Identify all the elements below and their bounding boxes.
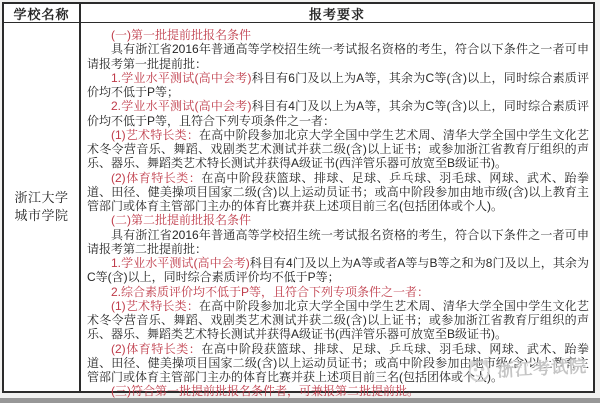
requirement-highlight-text: 1.学业水平测试(高中会考) [111,256,250,270]
column-header-school-name: 学校名称 [4,4,81,22]
requirement-paragraph: (2)体育特长类：在高中阶段获篮球、排球、足球、乒乓球、羽毛球、网球、武术、跆拳… [87,342,589,385]
page: 学校名称 报考要求 浙江大学城市学院 (一)第一批提前批报名条件具有浙江省201… [0,0,600,403]
requirement-paragraph: (1)艺术特长类：在高中阶段参加北京大学全国中学生艺术周、清华大学全国中学生文化… [87,299,589,342]
requirement-paragraph: (2)体育特长类：在高中阶段获篮球、排球、足球、乒乓球、羽毛球、网球、武术、跆拳… [87,171,589,214]
requirement-paragraph: (三)符合第一批提前批报名条件者，可兼报第二批提前批。 [87,384,589,398]
requirement-paragraph: 2.综合素质评价均不低于P等，且符合下列专项条件之一者： [87,285,589,299]
table-body-row: 浙江大学城市学院 (一)第一批提前批报名条件具有浙江省2016年普通高等学校招生… [4,23,593,391]
requirement-highlight-text: 2.学业水平测试(高中会考) [111,99,251,113]
requirement-paragraph: 2.学业水平测试(高中会考)科目有4门及以上为A等，其余为C等(含)以上，同时综… [87,99,589,128]
requirement-paragraph: (二)第二批提前批报名条件 [87,213,589,227]
requirement-body-text: 具有浙江省2016年普通高等学校招生统一考试报名资格的考生，符合以下条件之一者可… [87,228,589,256]
requirement-paragraph: 具有浙江省2016年普通高等学校招生统一考试报名资格的考生，符合以下条件之一者可… [87,228,589,257]
column-header-requirements: 报考要求 [81,4,593,22]
requirement-paragraph: 1.学业水平测试(高中会考)科目有6门及以上为A等，其余为C等(含)以上，同时综… [87,71,589,100]
requirement-paragraph: 1.学业水平测试(高中会考)科目有4门及以上为A等或者A等与B等之和为8门及以上… [87,256,589,285]
page-bottom-edge [0,398,600,403]
requirement-body-text: 具有浙江省2016年普通高等学校招生统一考试报名资格的考生，符合以下条件之一者可… [87,42,589,70]
requirement-highlight-text: (一)第一批提前批报名条件 [111,28,251,42]
requirement-highlight-text: (二)第二批提前批报名条件 [111,213,251,227]
requirement-highlight-text: (2)体育特长类： [111,171,201,185]
requirement-highlight-text: (2)体育特长类： [111,342,201,356]
requirements-cell: (一)第一批提前批报名条件具有浙江省2016年普通高等学校招生统一考试报名资格的… [81,23,593,391]
requirement-highlight-text: 1.学业水平测试(高中会考) [111,71,251,85]
requirement-paragraph: (1)艺术特长类：在高中阶段参加北京大学全国中学生艺术周、清华大学全国中学生文化… [87,128,589,171]
table-header-row: 学校名称 报考要求 [4,4,593,23]
requirement-highlight-text: (1)艺术特长类： [111,128,199,142]
requirement-paragraph: 具有浙江省2016年普通高等学校招生统一考试报名资格的考生，符合以下条件之一者可… [87,42,589,71]
requirement-highlight-text: (三)符合第一批提前批报名条件者，可兼报第二批提前批。 [111,384,419,398]
school-name-cell: 浙江大学城市学院 [4,23,81,391]
school-name: 浙江大学城市学院 [9,189,74,225]
admissions-requirements-table: 学校名称 报考要求 浙江大学城市学院 (一)第一批提前批报名条件具有浙江省201… [2,2,595,393]
requirement-paragraph: (一)第一批提前批报名条件 [87,28,589,42]
requirement-highlight-text: 2.综合素质评价均不低于P等，且符合下列专项条件之一者： [111,285,429,299]
requirement-highlight-text: (1)艺术特长类： [111,299,199,313]
